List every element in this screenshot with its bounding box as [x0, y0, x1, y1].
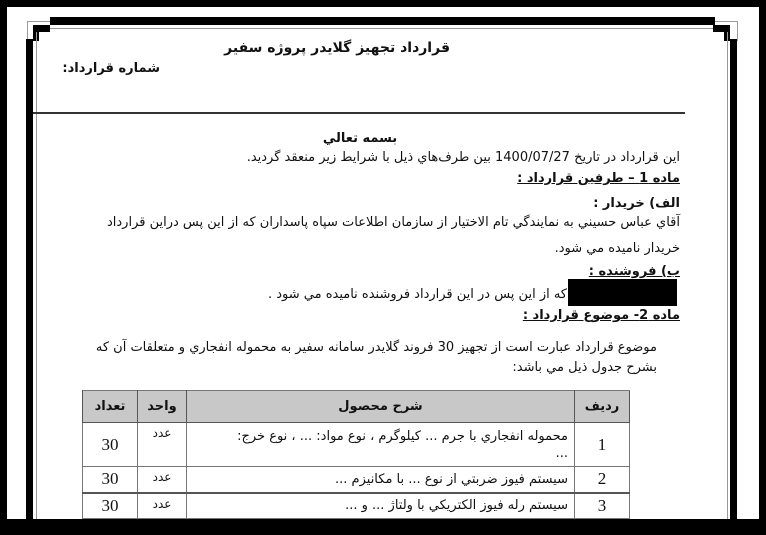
table-header-row: رديف شرح محصول واحد تعداد — [83, 391, 630, 423]
row-quantity: 30 — [83, 467, 138, 493]
table-row: 3 سيستم رله فيوز الكتريكي با ولتاژ ... و… — [83, 493, 630, 519]
description-line1: محموله انفجاري با جرم ... كيلوگرم ، نوع … — [193, 428, 568, 445]
row-description: سيستم فيوز ضربتي از نوع ... با مكانيزم .… — [187, 467, 575, 493]
article2-text-line1: موضوع قرارداد عبارت است از تجهيز 30 فرون… — [40, 340, 657, 355]
row-no: 1 — [575, 423, 630, 467]
header-divider — [33, 112, 685, 114]
article1-heading: ماده 1 – طرفين قرارداد : — [400, 171, 680, 186]
header-row-no: رديف — [575, 391, 630, 423]
header-description: شرح محصول — [187, 391, 575, 423]
seller-text: كه از اين پس در اين قرارداد فروشنده نامي… — [200, 287, 567, 302]
row-no: 2 — [575, 467, 630, 493]
contract-number-label: شماره قرارداد: — [50, 61, 160, 76]
article2-text-line2: بشرح جدول ذيل مي باشد: — [300, 360, 657, 375]
row-quantity: 30 — [83, 493, 138, 519]
row-unit: عدد — [138, 423, 187, 467]
table-row: 1 محموله انفجاري با جرم ... كيلوگرم ، نو… — [83, 423, 630, 467]
header-unit: واحد — [138, 391, 187, 423]
description-line2: ... — [193, 445, 568, 462]
intro-text: اين قرارداد در تاريخ 1400/07/27 بين طرف‌… — [200, 150, 680, 165]
row-unit: عدد — [138, 467, 187, 493]
header-quantity: تعداد — [83, 391, 138, 423]
items-table: رديف شرح محصول واحد تعداد 1 محموله انفجا… — [82, 390, 630, 519]
invocation: بسمه تعالي — [300, 131, 420, 146]
buyer-text-line2: خريدار ناميده مي شود. — [400, 241, 680, 256]
buyer-text-line1: آقاي عباس حسيني به نمايندگي تام الاختيار… — [40, 215, 680, 230]
article2-heading: ماده 2- موضوع قرارداد : — [400, 308, 680, 323]
row-quantity: 30 — [83, 423, 138, 467]
row-description: محموله انفجاري با جرم ... كيلوگرم ، نوع … — [187, 423, 575, 467]
table-row: 2 سيستم فيوز ضربتي از نوع ... با مكانيزم… — [83, 467, 630, 493]
row-unit: عدد — [138, 493, 187, 519]
buyer-heading: الف) خريدار : — [400, 196, 680, 211]
seller-heading: ب) فروشنده : — [400, 264, 680, 279]
document-title: قرارداد تجهيز گلايدر پروژه سفير — [200, 40, 450, 56]
row-no: 3 — [575, 493, 630, 519]
bottom-frame — [0, 519, 766, 535]
row-description: سيستم رله فيوز الكتريكي با ولتاژ ... و .… — [187, 493, 575, 519]
redaction-box — [568, 279, 677, 306]
